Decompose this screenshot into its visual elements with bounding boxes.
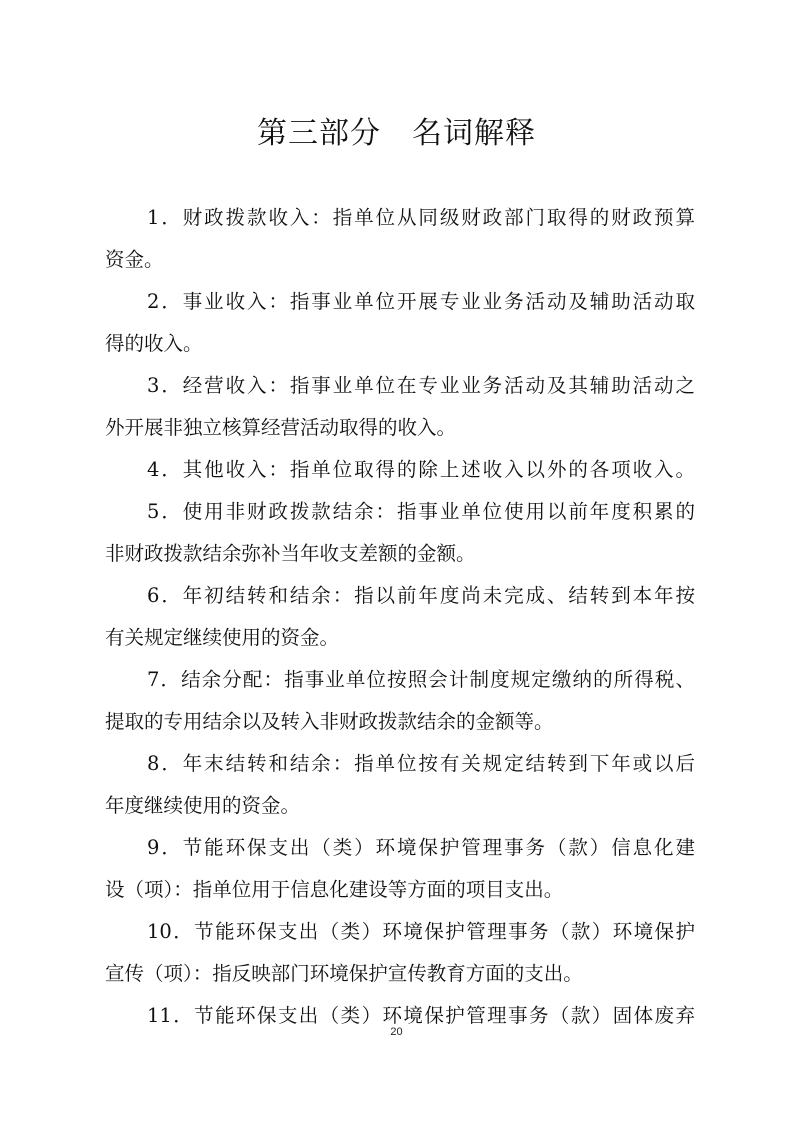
term-9-line-1: 9．节能环保支出（类）环境保护管理事务（款）信息化建 — [147, 834, 695, 862]
term-8-line-2: 年度继续使用的资金。 — [105, 792, 695, 820]
term-8-line-1: 8．年末结转和结余：指单位按有关规定结转到下年或以后 — [147, 750, 695, 778]
term-6-line-2: 有关规定继续使用的资金。 — [105, 624, 695, 652]
document-page: 第三部分 名词解释 1．财政拨款收入：指单位从同级财政部门取得的财政预算 资金。… — [0, 0, 793, 1122]
term-3-line-1: 3．经营收入：指事业单位在专业业务活动及其辅助活动之 — [147, 372, 695, 400]
term-2-line-1: 2．事业收入：指事业单位开展专业业务活动及辅助活动取 — [147, 288, 695, 316]
term-2-line-2: 得的收入。 — [105, 330, 695, 358]
term-7-line-1: 7．结余分配：指事业单位按照会计制度规定缴纳的所得税、 — [147, 666, 695, 694]
term-5-line-1: 5．使用非财政拨款结余：指事业单位使用以前年度积累的 — [147, 498, 695, 526]
term-10-line-1: 10．节能环保支出（类）环境保护管理事务（款）环境保护 — [147, 918, 695, 946]
page-number: 20 — [0, 1026, 793, 1038]
term-7-line-2: 提取的专用结余以及转入非财政拨款结余的金额等。 — [105, 708, 695, 736]
term-6-line-1: 6．年初结转和结余：指以前年度尚未完成、结转到本年按 — [147, 582, 695, 610]
term-4-line-1: 4．其他收入：指单位取得的除上述收入以外的各项收入。 — [147, 456, 695, 484]
term-3-line-2: 外开展非独立核算经营活动取得的收入。 — [105, 414, 695, 442]
term-5-line-2: 非财政拨款结余弥补当年收支差额的金额。 — [105, 540, 695, 568]
term-1-line-1: 1．财政拨款收入：指单位从同级财政部门取得的财政预算 — [147, 204, 695, 232]
term-9-line-2: 设（项）：指单位用于信息化建设等方面的项目支出。 — [105, 876, 695, 904]
page-title: 第三部分 名词解释 — [0, 112, 793, 156]
term-1-line-2: 资金。 — [105, 246, 695, 274]
term-10-line-2: 宣传（项）：指反映部门环境保护宣传教育方面的支出。 — [105, 960, 695, 988]
